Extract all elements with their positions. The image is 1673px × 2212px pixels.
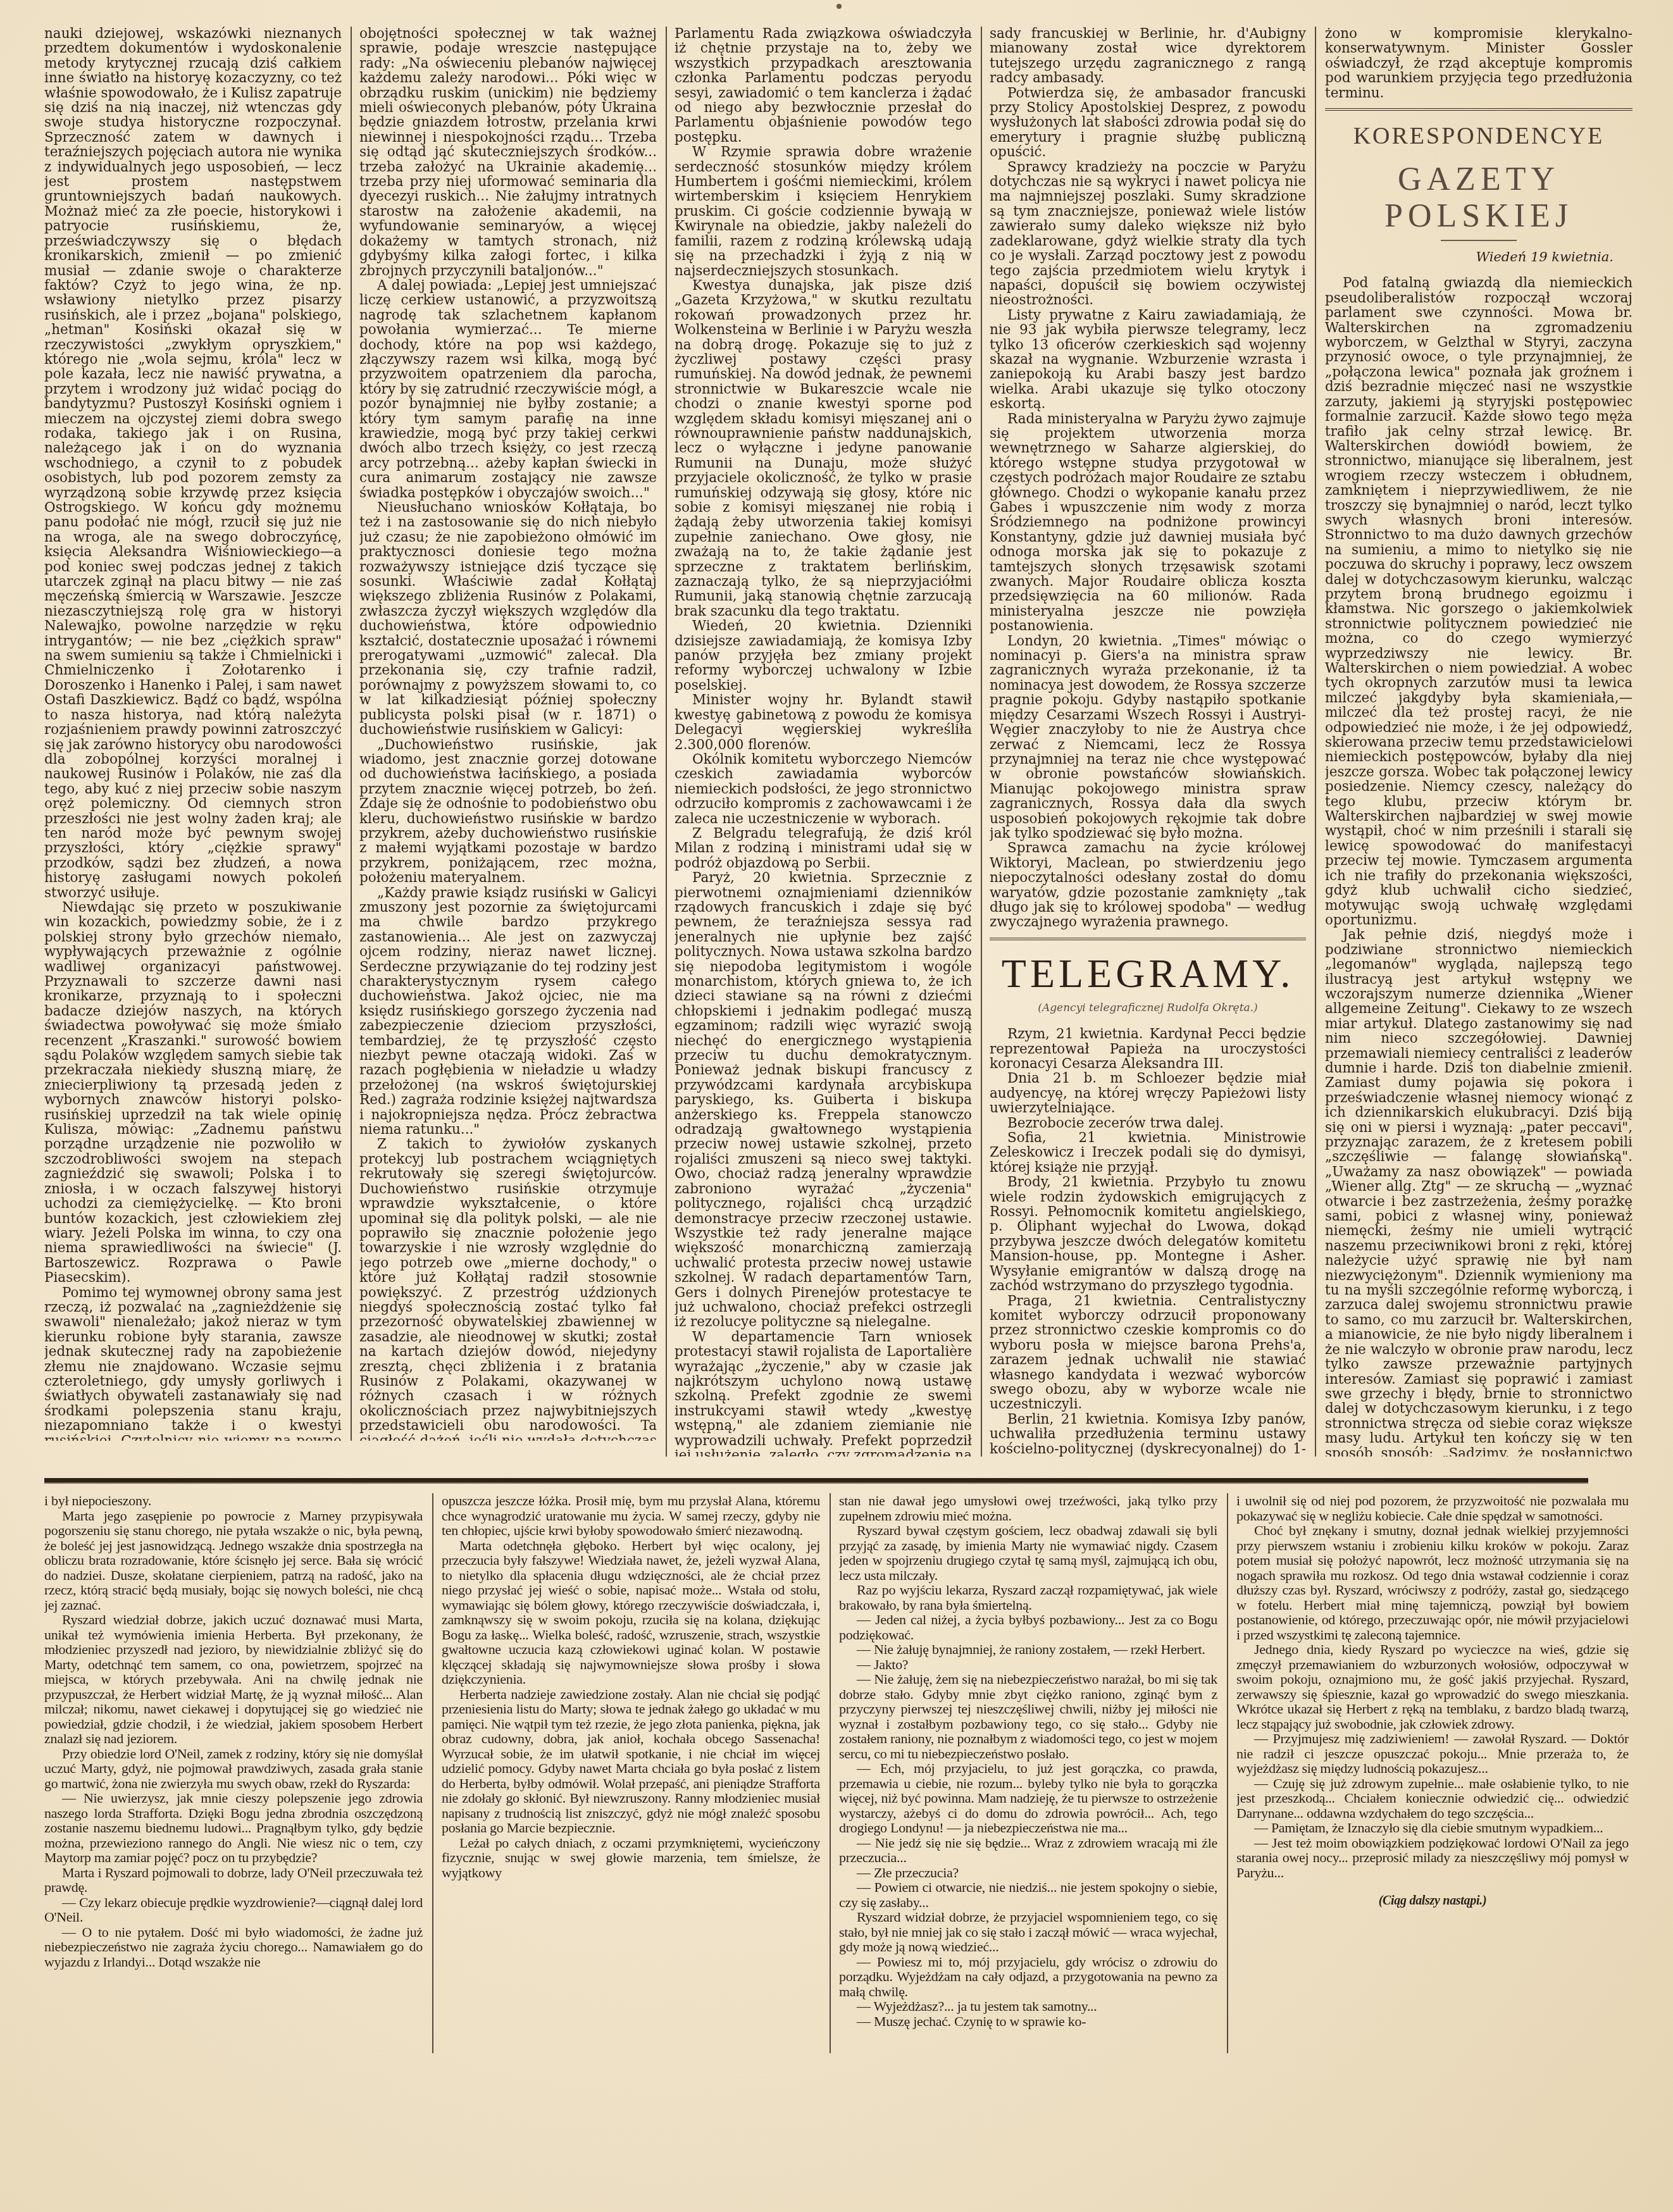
korespondencye-subheading: GAZETY POLSKIEJ bbox=[1325, 161, 1633, 235]
paragraph: Leżał po całych dniach, z oczami przymkn… bbox=[442, 1836, 820, 1880]
column-5: żono w kompromisie klerykalno-konserwaty… bbox=[1325, 27, 1633, 1457]
paragraph: — Powiesz mi to, mój przyjacielu, gdy wr… bbox=[839, 1954, 1217, 1999]
column-divider bbox=[981, 27, 982, 1457]
feuilleton-column-3: stan nie dawał jego umysłowi owej trzeźw… bbox=[839, 1493, 1217, 2053]
telegram-item: Sofia, 21 kwietnia. Ministrowie Zeleskow… bbox=[990, 1131, 1306, 1175]
paragraph: Marta jego zasępienie po powrocie z Marn… bbox=[44, 1508, 423, 1613]
paragraph: Z Belgradu telegrafują, że dziś król Mil… bbox=[675, 826, 972, 871]
paragraph: Parlamentu Rada związkowa oświadczyła iż… bbox=[675, 27, 972, 145]
column-2: obojętności społecznej w tak ważnej spra… bbox=[359, 27, 657, 1441]
paragraph: „Każdy prawie ksiądz rusiński w Galicyi … bbox=[359, 886, 657, 1138]
paragraph: Kwestya dunajska, jak pisze dziś „Gazeta… bbox=[675, 278, 972, 619]
telegram-item: Brody, 21 kwietnia. Przybyło tu znowu wi… bbox=[990, 1175, 1306, 1293]
paragraph: — Pamiętam, że Iznaczyło się dla ciebie … bbox=[1236, 1820, 1629, 1836]
paragraph: Minister wojny hr. Bylandt stawił kwesty… bbox=[675, 693, 972, 752]
paragraph: Jak pełnie dziś, niegdyś może i podziwia… bbox=[1325, 928, 1633, 1457]
paragraph: Ryszard wiedział dobrze, jakich uczuć do… bbox=[44, 1612, 423, 1746]
paragraph: — Jest też moim obowiązkiem podziękować … bbox=[1236, 1836, 1629, 1880]
telegramy-heading: TELEGRAMY. bbox=[990, 952, 1306, 996]
paragraph: — Nie uwierzysz, jak mnie cieszy polepsz… bbox=[44, 1791, 423, 1865]
newspaper-page: nauki dziejowej, wskazówki nieznanych pr… bbox=[0, 0, 1673, 2212]
paragraph: Przy obiedzie lord O'Neil, zamek z rodzi… bbox=[44, 1746, 423, 1791]
column-divider bbox=[1315, 27, 1316, 1457]
paragraph: Niewdając się przeto w poszukiwanie win … bbox=[44, 900, 342, 1286]
paragraph: żono w kompromisie klerykalno-konserwaty… bbox=[1325, 27, 1633, 101]
paragraph: W Rzymie sprawia dobre wrażenie serdeczn… bbox=[675, 145, 972, 278]
column-divider bbox=[432, 1493, 433, 2053]
telegram-item: Praga, 21 kwietnia. Centralistyczny komi… bbox=[990, 1294, 1306, 1412]
paragraph: — Przyjmujesz mię zadziwieniem! — zawoła… bbox=[1236, 1731, 1629, 1776]
paragraph: — Ech, mój przyjacielu, to już jest gorą… bbox=[839, 1761, 1217, 1836]
news-section: nauki dziejowej, wskazówki nieznanych pr… bbox=[44, 27, 1633, 1482]
column-divider bbox=[830, 1493, 831, 2053]
heading-rule bbox=[1441, 240, 1517, 241]
paragraph: Ryszard widział dobrze, że przyjaciel ws… bbox=[839, 1910, 1217, 1954]
paragraph: — Nie żałuję, żem się na niebezpieczeńst… bbox=[839, 1672, 1217, 1761]
column-4: sady francuskiej w Berlinie, hr. d'Aubig… bbox=[990, 27, 1306, 1457]
paragraph: Sprawca zamachu na życie królowej Wiktor… bbox=[990, 841, 1306, 929]
continuation-note: (Ciąg dalszy nastąpi.) bbox=[1236, 1894, 1629, 1909]
paragraph: Londyn, 20 kwietnia. „Times" mówiąc o no… bbox=[990, 634, 1306, 842]
paragraph: Choć był znękany i smutny, doznał jednak… bbox=[1236, 1523, 1629, 1642]
paragraph: Potwierdza się, że ambasador francuski p… bbox=[990, 86, 1306, 160]
paragraph: Okólnik komitetu wyborczego Niemców czes… bbox=[675, 752, 972, 826]
paragraph: obojętności społecznej w tak ważnej spra… bbox=[359, 27, 657, 278]
paragraph: Rada ministeryalna w Paryżu żywo zajmuje… bbox=[990, 412, 1306, 634]
korespondencye-heading: KORESPONDENCYE bbox=[1325, 122, 1633, 150]
paragraph: — Jeden cal niżej, a życia byłbyś pozbaw… bbox=[839, 1612, 1217, 1642]
telegram-item: Dnia 21 b. m Schloezer będzie miał audye… bbox=[990, 1071, 1306, 1115]
feuilleton-divider bbox=[44, 1478, 1588, 1484]
paragraph: Marta odetchnęła głęboko. Herbert był wi… bbox=[442, 1538, 820, 1687]
paragraph: Nieusłuchano wniosków Kołłątaja, bo też … bbox=[359, 500, 657, 738]
column-divider bbox=[666, 27, 667, 1457]
telegram-item: Rzym, 21 kwietnia. Kardynał Pecci będzie… bbox=[990, 1027, 1306, 1071]
page-mark bbox=[836, 4, 842, 9]
column-3: Parlamentu Rada związkowa oświadczyła iż… bbox=[675, 27, 972, 1457]
feuilleton-column-4: i uwolnił się od niej pod pozorem, że pr… bbox=[1236, 1493, 1629, 2053]
paragraph: Marta i Ryszard pojmowali to dobrze, lad… bbox=[44, 1865, 423, 1895]
column-divider bbox=[1227, 1493, 1228, 2053]
paragraph: Ryszard bywał częstym gościem, lecz obad… bbox=[839, 1523, 1217, 1582]
telegram-item: Bezrobocie zecerów trwa dalej. bbox=[990, 1116, 1306, 1131]
paragraph: „Duchowieństwo rusińskie, jak wiadomo, j… bbox=[359, 738, 657, 886]
paragraph: Sprawcy kradzieży na poczcie w Paryżu do… bbox=[990, 160, 1306, 308]
agency-credit: (Agencyi telegraficznej Rudolfa Okręta.) bbox=[990, 1001, 1306, 1016]
paragraph: A dalej powiada: „Lepiej jest umniejszać… bbox=[359, 278, 657, 500]
section-divider bbox=[990, 938, 1306, 940]
paragraph: — Nie jedź się nie się będzie... Wraz z … bbox=[839, 1836, 1217, 1865]
paragraph: Z takich to żywiołów zyskanych protekcyj… bbox=[359, 1137, 657, 1441]
feuilleton-column-1: i był niepocieszony. Marta jego zasępien… bbox=[44, 1493, 423, 2053]
paragraph: i był niepocieszony. bbox=[44, 1493, 423, 1508]
column-divider bbox=[351, 27, 352, 1441]
paragraph: sady francuskiej w Berlinie, hr. d'Aubig… bbox=[990, 27, 1306, 86]
paragraph: Listy prywatne z Kairu zawiadamiają, że … bbox=[990, 308, 1306, 412]
feuilleton-section: i był niepocieszony. Marta jego zasępien… bbox=[44, 1493, 1633, 2063]
section-divider bbox=[1325, 108, 1633, 111]
paragraph: Herberta nadzieje zawiedzione zostały. A… bbox=[442, 1687, 820, 1836]
paragraph: opuszcza jeszcze łóżka. Prosił mię, bym … bbox=[442, 1493, 820, 1538]
paragraph: Pod fatalną gwiazdą dla niemieckich pseu… bbox=[1325, 276, 1633, 928]
paragraph: — Nie żałuję bynajmniej, że raniony zost… bbox=[839, 1642, 1217, 1657]
feuilleton-column-2: opuszcza jeszcze łóżka. Prosił mię, bym … bbox=[442, 1493, 820, 2053]
paragraph: — Czy lekarz obiecuje prędkie wyzdrowien… bbox=[44, 1895, 423, 1925]
dateline: Wiedeń 19 kwietnia. bbox=[1325, 250, 1614, 264]
paragraph: Raz po wyjściu lekarza, Ryszard zaczął r… bbox=[839, 1582, 1217, 1612]
paragraph: Paryż, 20 kwietnia. Sprzecznie z pierwot… bbox=[675, 871, 972, 1330]
paragraph: stan nie dawał jego umysłowi owej trzeźw… bbox=[839, 1493, 1217, 1523]
paragraph: i uwolnił się od niej pod pozorem, że pr… bbox=[1236, 1493, 1629, 1523]
paragraph: nauki dziejowej, wskazówki nieznanych pr… bbox=[44, 27, 342, 900]
paragraph: W departamencie Tarn wniosek protestacyi… bbox=[675, 1330, 972, 1457]
paragraph: Wiedeń, 20 kwietnia. Dzienniki dzisiejsz… bbox=[675, 619, 972, 693]
paragraph: Pomimo tej wymownej obrony sama jest rze… bbox=[44, 1286, 342, 1441]
paragraph: — Powiem ci otwarcie, nie niedziś... nie… bbox=[839, 1880, 1217, 1910]
paragraph: — Wyjeżdżasz?... ja tu jestem tak samotn… bbox=[839, 1999, 1217, 2014]
paragraph: — Czuję się już zdrowym zupełnie... małe… bbox=[1236, 1776, 1629, 1821]
paragraph: — Jakto? bbox=[839, 1657, 1217, 1672]
column-1: nauki dziejowej, wskazówki nieznanych pr… bbox=[44, 27, 342, 1441]
paragraph: — Złe przeczucia? bbox=[839, 1865, 1217, 1880]
paragraph: — O to nie pytałem. Dość mi było wiadomo… bbox=[44, 1925, 423, 1970]
paragraph: Jednego dnia, kiedy Ryszard po wycieczce… bbox=[1236, 1642, 1629, 1731]
telegram-item: Berlin, 21 kwietnia. Komisya Izby panów,… bbox=[990, 1412, 1306, 1457]
paragraph: — Muszę jechać. Czynię to w sprawie ko- bbox=[839, 2014, 1217, 2029]
